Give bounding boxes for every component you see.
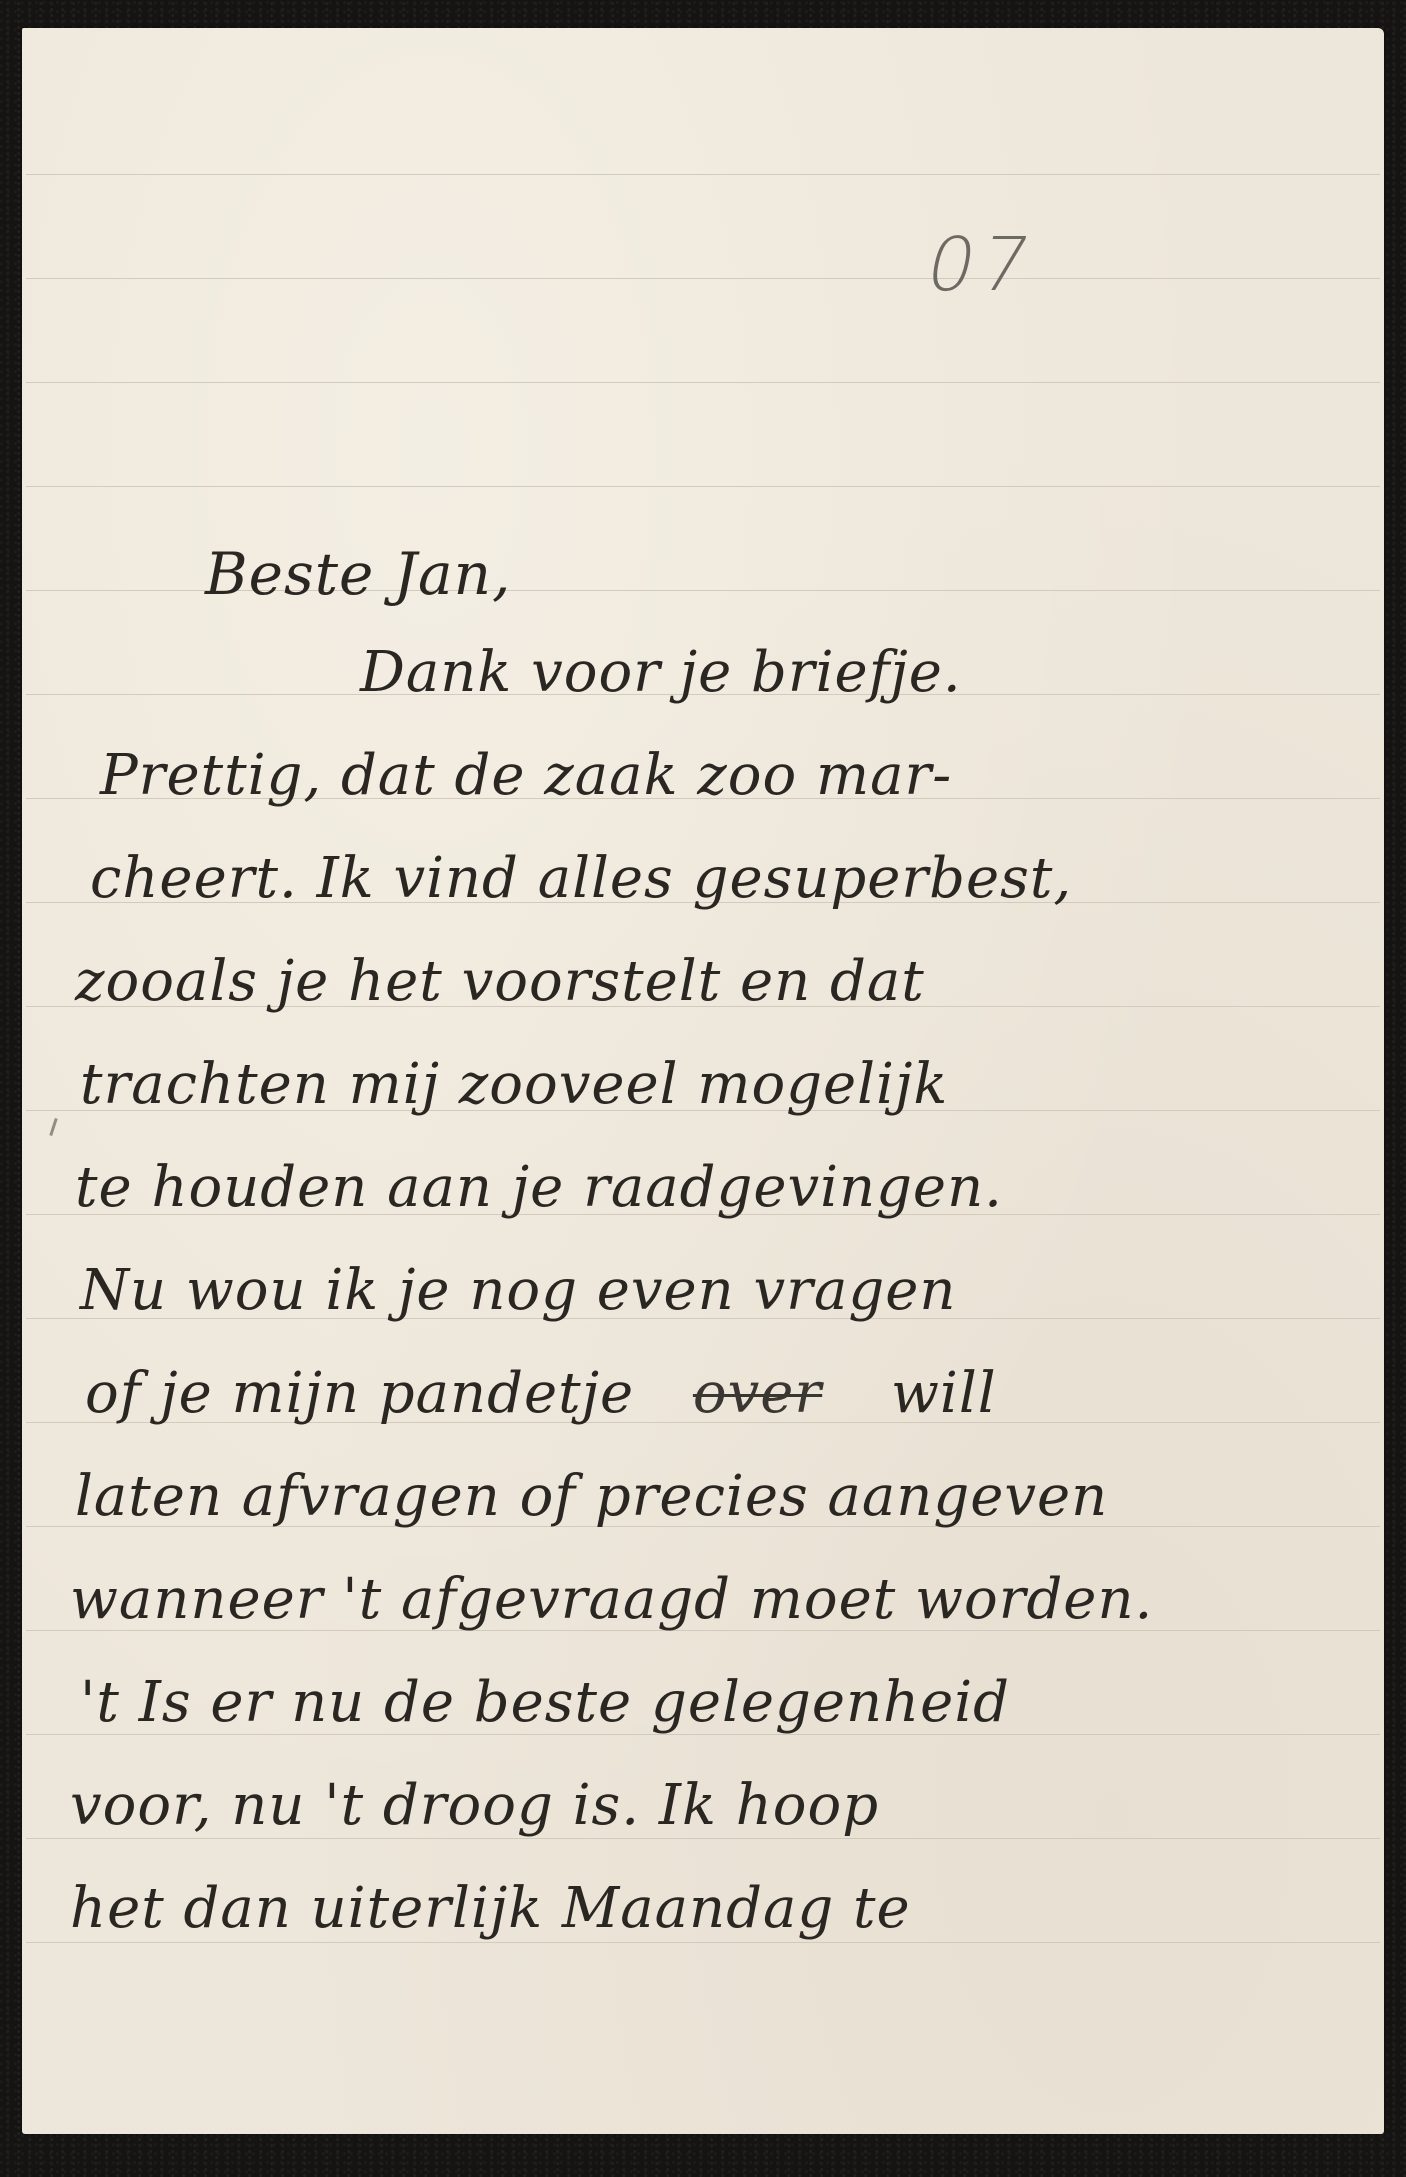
letter-line: 't Is er nu de beste gelegenheid [80,1670,1010,1735]
letter-line: laten afvragen of precies aangeven [75,1464,1108,1529]
salutation: Beste Jan, [205,540,511,608]
page-number: 07 [919,222,1043,308]
letter-line: zooals je het voorstelt en dat [75,949,925,1014]
ruled-line [26,278,1380,279]
letter-line: Prettig, dat de zaak zoo mar- [100,743,952,808]
letter-line: trachten mij zooveel mogelijk [80,1052,948,1117]
ruled-line [26,486,1380,487]
letter-line: Nu wou ik je nog even vragen [80,1258,956,1323]
margin-mark [49,1118,57,1136]
letter-line: voor, nu 't droog is. Ik hoop [70,1773,879,1838]
letter-line: of je mijn pandetje over will [85,1361,997,1426]
ruled-line [26,1942,1380,1943]
letter-line: wanneer 't afgevraagd moet worden. [70,1567,1153,1632]
letter-line: te houden aan je raadgevingen. [75,1155,1003,1220]
ruled-line [26,1838,1380,1839]
letter-line: het dan uiterlijk Maandag te [70,1876,911,1941]
letter-line: cheert. Ik vind alles gesuperbest, [90,846,1072,911]
letter-line: Dank voor je briefje. [360,640,962,705]
ruled-line [26,382,1380,383]
letter-line-text-end: will [891,1361,997,1426]
letter-line-text: of je mijn pandetje [85,1361,634,1426]
struck-word: over [693,1361,822,1426]
ruled-line [26,174,1380,175]
